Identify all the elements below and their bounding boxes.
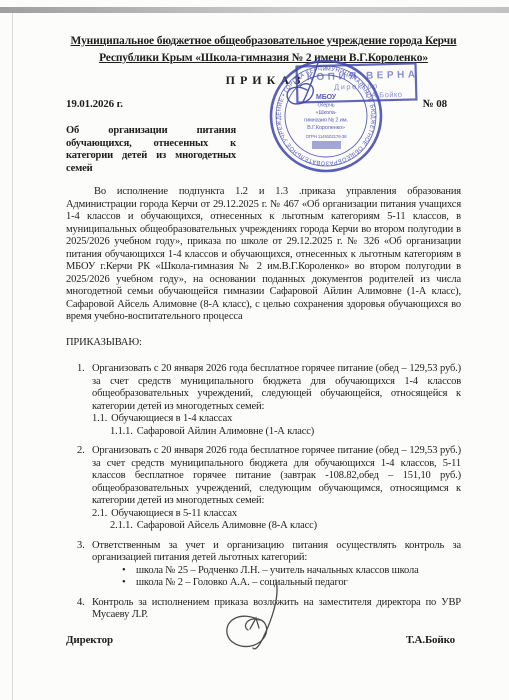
order-subitem-1-1: 1.1.Обучающиеся в 1-4 классах xyxy=(92,413,461,426)
subitem-number: 1.1. xyxy=(92,413,107,424)
order-preamble: Во исполнение подпункта 1.2 и 1.3 .прика… xyxy=(66,186,461,324)
item-text: Ответственным за учет и организацию пита… xyxy=(92,540,461,565)
signature-row: Директор Т.А.Бойко xyxy=(66,634,461,647)
bullet-icon: • xyxy=(122,577,136,590)
subitem-text: Обучающиеся в 1-4 классах xyxy=(111,413,232,424)
bullet-icon: • xyxy=(122,565,136,578)
order-subject: Об организации питания обучающихся, отне… xyxy=(66,125,236,175)
scan-artifact-left-edge xyxy=(12,13,13,700)
item-number: 1. xyxy=(77,363,92,413)
order-word: ПРИКАЗЫВАЮ: xyxy=(66,337,461,350)
bullet-text: школа № 25 – Родченко Л.Н. – учитель нач… xyxy=(136,565,419,576)
seal-center-line6: ОГРН 1149102176-38 xyxy=(306,134,348,139)
order-document-page: Муниципальное бюджетное общеобразователь… xyxy=(0,0,509,700)
seal-center-line1: МБОУ xyxy=(316,94,337,101)
seal-center-line5: В.Г.Короленко» xyxy=(307,125,345,131)
director-signature xyxy=(212,576,304,669)
organization-name-line1: Муниципальное бюджетное общеобразователь… xyxy=(66,33,461,50)
signer-name: Т.А.Бойко xyxy=(406,634,461,647)
item-number: 3. xyxy=(77,540,92,565)
subitem-text: Сафаровой Айсель Алимовне (8-А класс) xyxy=(137,520,317,531)
subitem-text: Обучающиеся в 5-11 классах xyxy=(111,508,237,519)
subitem-number: 1.1.1. xyxy=(110,426,133,437)
item-number: 2. xyxy=(77,445,92,508)
order-date: 19.01.2026 г. xyxy=(66,98,123,111)
item-number: 4. xyxy=(77,597,92,622)
round-seal: МУНИЦИПАЛЬНОЕ БЮДЖЕТНОЕ ОБЩЕОБРАЗОВАТЕЛЬ… xyxy=(260,50,381,171)
subitem-number: 2.1.1. xyxy=(110,520,133,531)
seal-center-line4: гимназия № 2 им. xyxy=(304,118,348,124)
seal-center-line2: г.Керчь xyxy=(317,103,334,109)
order-subitem-1-1-1: 1.1.1.Сафаровой Айлин Алимовне (1-А клас… xyxy=(110,426,461,439)
signer-position: Директор xyxy=(66,634,113,647)
subitem-number: 2.1. xyxy=(92,508,107,519)
item-text: Организовать с 20 января 2026 года беспл… xyxy=(92,363,461,413)
order-item-1: 1. Организовать с 20 января 2026 года бе… xyxy=(66,363,461,438)
subitem-text: Сафаровой Айлин Алимовне (1-А класс) xyxy=(137,426,314,437)
item-text: Организовать с 20 января 2026 года беспл… xyxy=(92,445,461,508)
order-subitem-2-1-1: 2.1.1.Сафаровой Айсель Алимовне (8-А кла… xyxy=(110,520,461,533)
order-subitem-2-1: 2.1.Обучающиеся в 5-11 классах xyxy=(92,508,461,521)
seal-center-line3: «Школа- xyxy=(316,110,337,116)
order-item-2: 2. Организовать с 20 января 2026 года бе… xyxy=(66,445,461,533)
stamps-area: КОПИЯ ВЕРНА Директор Т.А.Бойко МУНИЦИПАЛ… xyxy=(260,50,450,187)
seal-ink-blob xyxy=(312,141,341,149)
